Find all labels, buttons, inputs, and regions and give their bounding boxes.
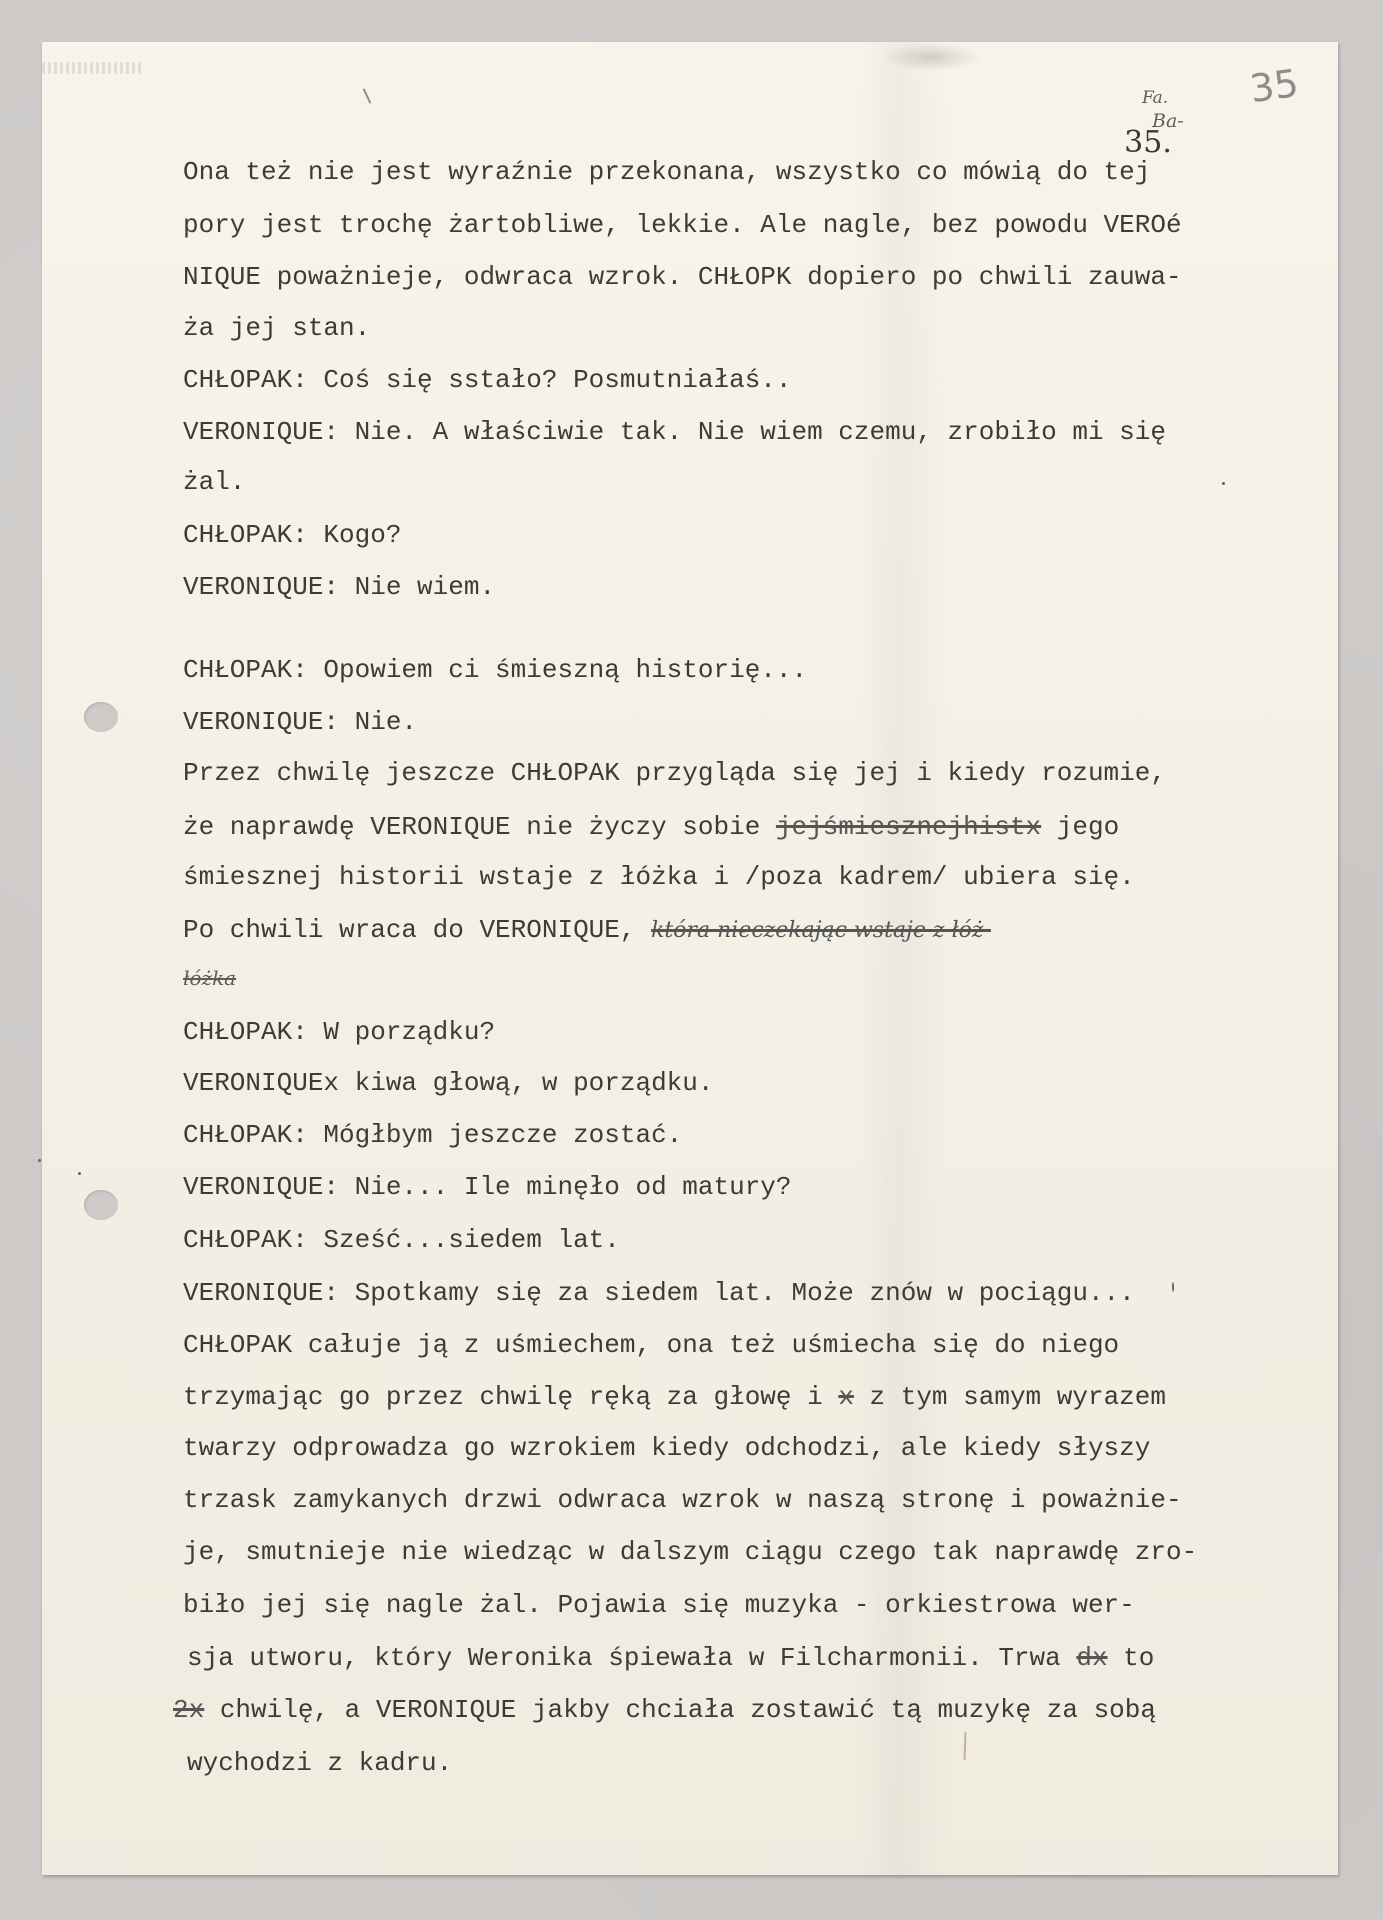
text-line: je, smutnieje nie wiedząc w dalszym ciąg… — [183, 1537, 1197, 1567]
dialogue-line: VERONIQUE: Nie... Ile minęło od matury? — [183, 1172, 792, 1202]
text-line: wychodzi z kadru. — [187, 1748, 452, 1778]
text-line: że naprawdę VERONIQUE nie życzy sobie je… — [183, 812, 1119, 842]
ink-speck — [1222, 482, 1225, 485]
dialogue-line: VERONIQUE: Nie. A właściwie tak. Nie wie… — [183, 417, 1166, 447]
text-line: ża jej stan. — [183, 313, 370, 343]
dialogue-line: żal. — [183, 467, 245, 497]
punch-hole — [84, 1190, 118, 1220]
text-segment: Po chwili wraca do VERONIQUE, — [183, 915, 651, 945]
text-line: NIQUE poważnieje, odwraca wzrok. CHŁOPK … — [183, 262, 1182, 292]
text-line: biło jej się nagle żal. Pojawia się muzy… — [183, 1590, 1135, 1620]
dialogue-line: CHŁOPAK: W porządku? — [183, 1017, 495, 1047]
text-line: trzask zamykanych drzwi odwraca wzrok w … — [183, 1485, 1182, 1515]
punch-hole — [84, 702, 118, 732]
ink-speck — [38, 1159, 41, 1162]
typewritten-page: 35. Fa. Ba- 35 Ona też nie jest wyraźnie… — [42, 42, 1338, 1875]
paper-fiber — [363, 88, 372, 103]
dialogue-line: VERONIQUEx kiwa głową, w porządku. — [183, 1068, 714, 1098]
text-segment: sja utworu, który Weronika śpiewała w Fi… — [187, 1643, 1076, 1673]
ink-smudge — [882, 42, 982, 72]
text-segment: że naprawdę VERONIQUE nie życzy sobie — [183, 812, 776, 842]
struck-text: dx — [1076, 1643, 1107, 1673]
text-line: twarzy odprowadza go wzrokiem kiedy odch… — [183, 1433, 1150, 1463]
struck-text: jejśmiesznejhistx — [776, 812, 1041, 842]
dialogue-line: VERONIQUE: Nie. — [183, 707, 417, 737]
text-line: trzymając go przez chwilę ręką za głowę … — [183, 1382, 1166, 1412]
text-segment: to — [1108, 1643, 1155, 1673]
page-number-overtype: Ba- — [1152, 110, 1184, 132]
dialogue-line: VERONIQUE: Nie wiem. — [183, 572, 495, 602]
dialogue-line: CHŁOPAK: Mógłbym jeszcze zostać. — [183, 1120, 682, 1150]
ink-speck — [78, 1172, 81, 1175]
handwritten-struck-word: łóżka — [183, 966, 236, 990]
page-number-pencil: 35 — [1247, 61, 1301, 111]
struck-handwritten-text: która nieczekając wstaje z łóż- — [651, 918, 991, 943]
text-line: sja utworu, który Weronika śpiewała w Fi… — [187, 1643, 1154, 1673]
text-line: Po chwili wraca do VERONIQUE, która niec… — [183, 915, 991, 946]
ink-speck — [1172, 1282, 1174, 1292]
text-line: CHŁOPAK całuje ją z uśmiechem, ona też u… — [183, 1330, 1119, 1360]
text-segment: jego — [1041, 812, 1119, 842]
text-line: pory jest trochę żartobliwe, lekkie. Ale… — [183, 210, 1182, 240]
dialogue-line: CHŁOPAK: Sześć...siedem lat. — [183, 1225, 620, 1255]
text-line: 2x chwilę, a VERONIQUE jakby chciała zos… — [173, 1695, 1156, 1725]
text-line: Ona też nie jest wyraźnie przekonana, ws… — [183, 157, 1150, 187]
struck-text: x — [838, 1382, 854, 1412]
text-segment: z tym samym wyrazem — [854, 1382, 1166, 1412]
dialogue-line: VERONIQUE: Spotkamy się za siedem lat. M… — [183, 1278, 1135, 1308]
dialogue-line: CHŁOPAK: Opowiem ci śmieszną historię... — [183, 655, 807, 685]
text-segment: chwilę, a VERONIQUE jakby chciała zostaw… — [204, 1695, 1156, 1725]
text-segment: trzymając go przez chwilę ręką za głowę … — [183, 1382, 838, 1412]
dialogue-line: CHŁOPAK: Coś się sstało? Posmutniałaś.. — [183, 365, 792, 395]
text-line: Przez chwilę jeszcze CHŁOPAK przygląda s… — [183, 758, 1166, 788]
dialogue-line: CHŁOPAK: Kogo? — [183, 520, 401, 550]
text-line: śmiesznej historii wstaje z łóżka i /poz… — [183, 862, 1135, 892]
page-number-overtype: Fa. — [1142, 88, 1168, 108]
paper-fiber — [964, 1732, 967, 1760]
struck-text: 2x — [173, 1695, 204, 1725]
ink-smudge — [42, 62, 142, 74]
